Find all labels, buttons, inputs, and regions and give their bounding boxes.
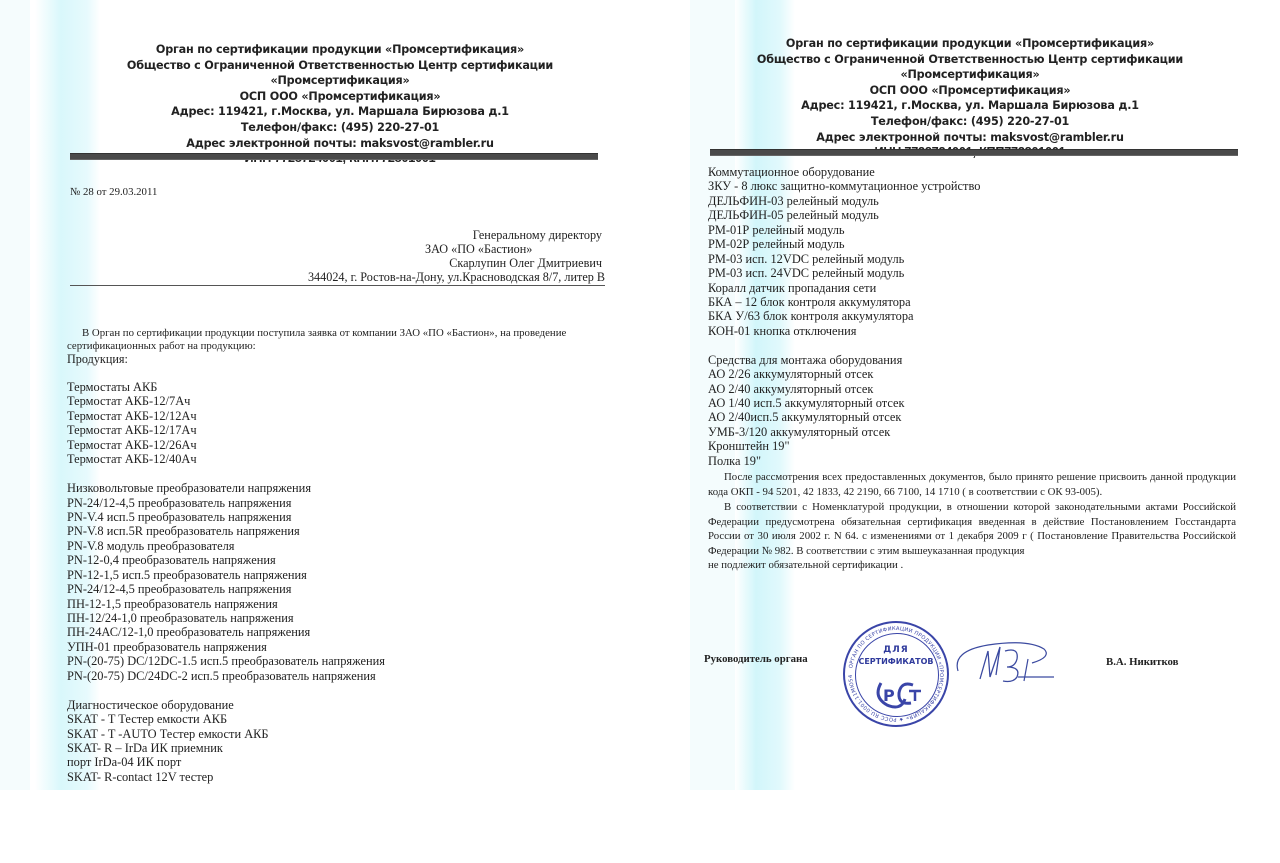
list-item: АО 2/26 аккумуляторный отсек — [708, 367, 980, 381]
list-item: SKAT - T -AUTO Тестер емкости АКБ — [67, 727, 385, 741]
list-item: АО 2/40исп.5 аккумуляторный отсек — [708, 410, 980, 424]
products-list-continued: Коммутационное оборудование ЗКУ - 8 люкс… — [708, 165, 980, 468]
rst-logo-icon: ОРГАН ПО СЕРТИФИКАЦИИ ПРОДУКЦИИ «ПРОМСЕР… — [843, 621, 949, 727]
letterhead-phone: Телефон/факс: (495) 220-27-01 — [60, 120, 620, 136]
recipient-name: Скарлупин Олег Дмитриевич — [449, 256, 602, 271]
list-item: Термостат АКБ-12/12Ач — [67, 409, 385, 423]
list-item: УПН-01 преобразователь напряжения — [67, 640, 385, 654]
nomenclature-paragraph: В соответствии с Номенклатурой продукции… — [708, 500, 1236, 558]
list-item: ПН-12-1,5 преобразователь напряжения — [67, 597, 385, 611]
list-item: УМБ-3/120 аккумуляторный отсек — [708, 425, 980, 439]
recipient-company: ЗАО «ПО «Бастион» — [425, 242, 532, 257]
list-item: PN-24/12-4,5 преобразователь напряжения — [67, 496, 385, 510]
letterhead-address: Адрес: 119421, г.Москва, ул. Маршала Бир… — [690, 98, 1250, 114]
decision-paragraph: После рассмотрения всех предоставленных … — [708, 470, 1236, 499]
list-item: ДЕЛЬФИН-03 релейный модуль — [708, 194, 980, 208]
section-title-converters: Низковольтовые преобразователи напряжени… — [67, 481, 385, 495]
section-title-thermostats: Термостаты АКБ — [67, 380, 385, 394]
list-item: Термостат АКБ-12/40Ач — [67, 452, 385, 466]
list-item: АО 1/40 исп.5 аккумуляторный отсек — [708, 396, 980, 410]
list-item: БКА – 12 блок контроля аккумулятора — [708, 295, 980, 309]
letterhead-rule — [70, 153, 598, 160]
signatory-title: Руководитель органа — [704, 652, 808, 667]
recipient-address: 344024, г. Ростов-на-Дону, ул.Красноводс… — [308, 270, 605, 285]
list-item: Термостат АКБ-12/17Ач — [67, 423, 385, 437]
conclusion-line: не подлежит обязательной сертификации . — [708, 558, 1236, 573]
decision-text: После рассмотрения всех предоставленных … — [708, 470, 1236, 573]
signature-icon — [950, 633, 1060, 693]
list-item: ДЕЛЬФИН-05 релейный модуль — [708, 208, 980, 222]
list-item: PN-12-1,5 исп.5 преобразователь напряжен… — [67, 568, 385, 582]
list-item: Кронштейн 19" — [708, 439, 980, 453]
products-label: Продукция: — [67, 352, 128, 367]
list-item: Полка 19" — [708, 454, 980, 468]
reference-number: № 28 от 29.03.2011 — [70, 185, 157, 200]
section-title-diagnostics: Диагностическое оборудование — [67, 698, 385, 712]
list-item: SKAT- R-contact 12V тестер — [67, 770, 385, 784]
list-item: Термостат АКБ-12/26Ач — [67, 438, 385, 452]
list-item: РМ-01Р релейный модуль — [708, 223, 980, 237]
letterhead-org: Орган по сертификации продукции «Промсер… — [690, 36, 1250, 52]
recipient-title: Генеральному директору — [473, 228, 602, 243]
address-underline — [70, 285, 605, 286]
list-item: ПН-12/24-1,0 преобразователь напряжения — [67, 611, 385, 625]
letter-page-2: Орган по сертификации продукции «Промсер… — [640, 0, 1280, 863]
list-item: Коралл датчик пропадания сети — [708, 281, 980, 295]
letterhead: Орган по сертификации продукции «Промсер… — [690, 36, 1250, 161]
letterhead-osp: ОСП ООО «Промсертификация» — [60, 89, 620, 105]
list-item: SKAT - T Тестер емкости АКБ — [67, 712, 385, 726]
letterhead-osp: ОСП ООО «Промсертификация» — [690, 83, 1250, 99]
signatory-name: В.А. Никитков — [1106, 655, 1179, 670]
list-item: РМ-02Р релейный модуль — [708, 237, 980, 251]
list-item: PN-V.8 модуль преобразователя — [67, 539, 385, 553]
list-item: PN-V.8 исп.5R преобразователь напряжения — [67, 524, 385, 538]
list-item: PN-V.4 исп.5 преобразователь напряжения — [67, 510, 385, 524]
letterhead-company: Общество с Ограниченной Ответственностью… — [60, 58, 620, 89]
list-item: РМ-03 исп. 24VDC релейный модуль — [708, 266, 980, 280]
letter-page-1: Орган по сертификации продукции «Промсер… — [0, 0, 640, 863]
list-item: КОН-01 кнопка отключения — [708, 324, 980, 338]
list-item: РМ-03 исп. 12VDC релейный модуль — [708, 252, 980, 266]
list-item: PN-24/12-4,5 преобразователь напряжения — [67, 582, 385, 596]
letterhead-email: Адрес электронной почты: maksvost@ramble… — [690, 130, 1250, 146]
list-item: SKAT- R – IrDa ИК приемник — [67, 741, 385, 755]
list-item: Термостат АКБ-12/7Ач — [67, 394, 385, 408]
letterhead-org: Орган по сертификации продукции «Промсер… — [60, 42, 620, 58]
section-title-switching: Коммутационное оборудование — [708, 165, 980, 179]
list-item: АО 2/40 аккумуляторный отсек — [708, 382, 980, 396]
list-item: БКА У/63 блок контроля аккумулятора — [708, 309, 980, 323]
certification-stamp: ДЛЯ СЕРТИФИКАТОВ ОРГАН ПО СЕРТИФИКАЦИИ П… — [843, 621, 949, 727]
letterhead-rule — [710, 149, 1238, 156]
letterhead-address: Адрес: 119421, г.Москва, ул. Маршала Бир… — [60, 104, 620, 120]
products-list: Термостаты АКБ Термостат АКБ-12/7Ач Терм… — [67, 380, 385, 784]
letterhead-company: Общество с Ограниченной Ответственностью… — [690, 52, 1250, 83]
svg-text:Р: Р — [883, 686, 895, 705]
section-title-mounting: Средства для монтажа оборудования — [708, 353, 980, 367]
letterhead-email: Адрес электронной почты: maksvost@ramble… — [60, 136, 620, 152]
list-item: ЗКУ - 8 люкс защитно-коммутационное устр… — [708, 179, 980, 193]
list-item: PN-(20-75) DC/12DC-1.5 исп.5 преобразова… — [67, 654, 385, 668]
list-item: ПН-24АС/12-1,0 преобразователь напряжени… — [67, 625, 385, 639]
letterhead: Орган по сертификации продукции «Промсер… — [60, 42, 620, 167]
list-item: PN-12-0,4 преобразователь напряжения — [67, 553, 385, 567]
list-item: PN-(20-75) DC/24DC-2 исп.5 преобразовате… — [67, 669, 385, 683]
list-item: порт IrDa-04 ИК порт — [67, 755, 385, 769]
letterhead-phone: Телефон/факс: (495) 220-27-01 — [690, 114, 1250, 130]
